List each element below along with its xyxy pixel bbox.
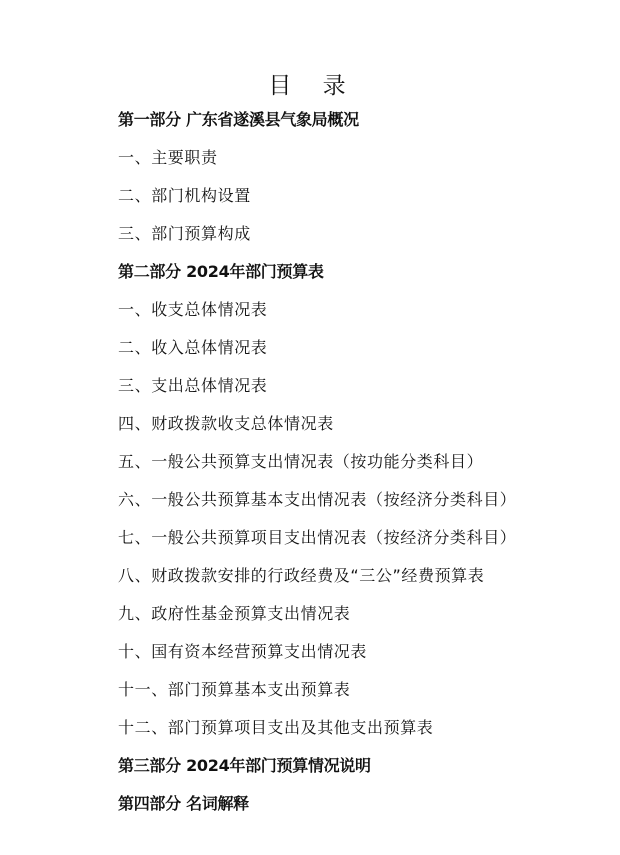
toc-item: 九、政府性基金预算支出情况表 (118, 601, 516, 639)
toc-part-4: 第四部分 名词解释 (118, 791, 516, 829)
toc-part-1: 第一部分 广东省遂溪县气象局概况 (118, 107, 516, 145)
toc-item: 五、一般公共预算支出情况表（按功能分类科目） (118, 449, 516, 487)
toc-item: 二、部门机构设置 (118, 183, 516, 221)
toc-item: 八、财政拨款安排的行政经费及“三公”经费预算表 (118, 563, 516, 601)
toc-item: 七、一般公共预算项目支出情况表（按经济分类科目） (118, 525, 516, 563)
page-title: 目 录 (0, 71, 620, 101)
toc-item: 一、收支总体情况表 (118, 297, 516, 335)
toc-item: 三、部门预算构成 (118, 221, 516, 259)
table-of-contents: 第一部分 广东省遂溪县气象局概况 一、主要职责 二、部门机构设置 三、部门预算构… (118, 107, 516, 829)
toc-item: 三、支出总体情况表 (118, 373, 516, 411)
toc-item: 一、主要职责 (118, 145, 516, 183)
toc-item: 六、一般公共预算基本支出情况表（按经济分类科目） (118, 487, 516, 525)
toc-part-2: 第二部分 2024年部门预算表 (118, 259, 516, 297)
toc-item: 十、国有资本经营预算支出情况表 (118, 639, 516, 677)
document-page: 目 录 第一部分 广东省遂溪县气象局概况 一、主要职责 二、部门机构设置 三、部… (0, 0, 620, 855)
toc-item: 二、收入总体情况表 (118, 335, 516, 373)
toc-part-3: 第三部分 2024年部门预算情况说明 (118, 753, 516, 791)
toc-item: 十一、部门预算基本支出预算表 (118, 677, 516, 715)
toc-item: 十二、部门预算项目支出及其他支出预算表 (118, 715, 516, 753)
toc-item: 四、财政拨款收支总体情况表 (118, 411, 516, 449)
